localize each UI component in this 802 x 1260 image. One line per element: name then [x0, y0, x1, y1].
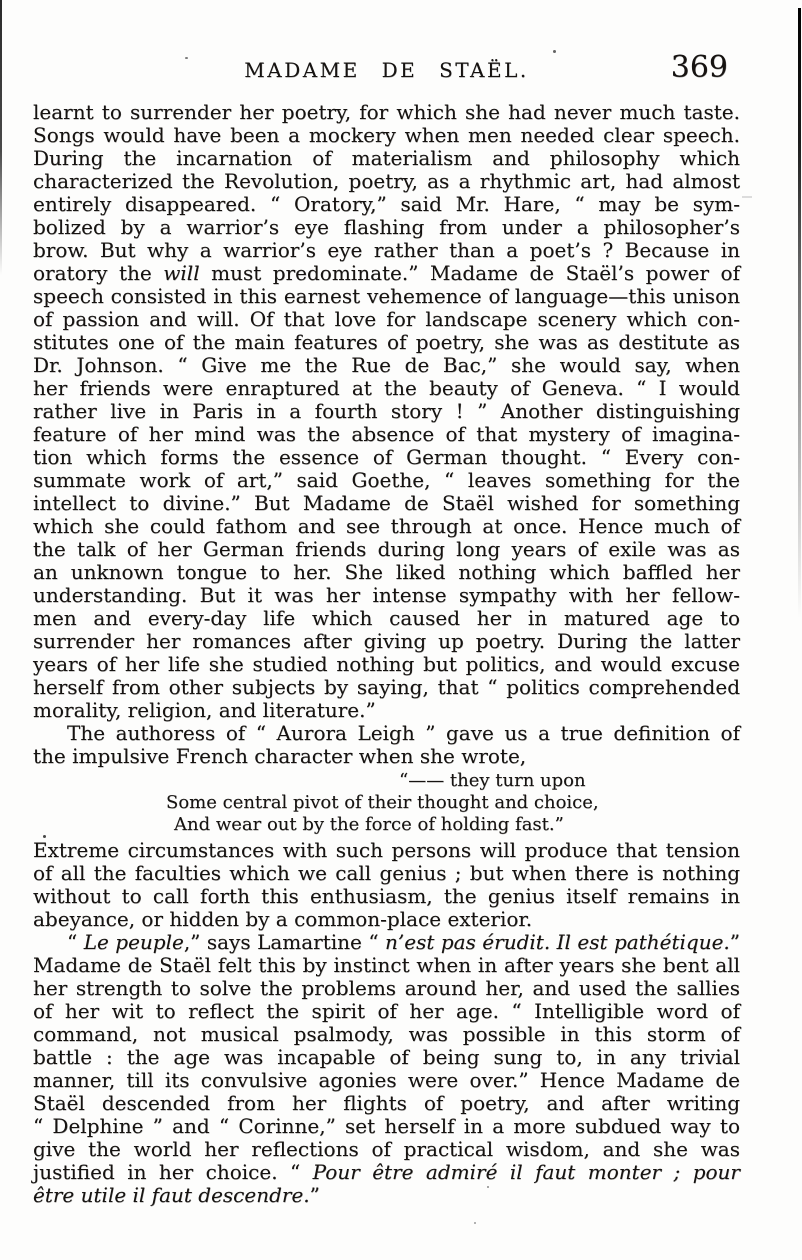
text-line: The authoress of “ Aurora Leigh ” gave u… [33, 722, 740, 745]
page-body: learnt to surrender her poetry, for whic… [33, 101, 740, 1207]
text-line: stitutes one of the main features of poe… [33, 331, 740, 354]
text-line: years of her life she studied nothing bu… [33, 653, 740, 676]
text-line: summate work of art,” said Goethe, “ lea… [33, 469, 740, 492]
text-segment: ” [310, 1183, 320, 1207]
text-line: “ Delphine ” and “ Corinne,” set herself… [33, 1115, 740, 1138]
text-line: manner, till its convulsive agonies were… [33, 1069, 740, 1092]
text-segment: oratory the [33, 261, 163, 285]
text-line: which she could fathom and see through a… [33, 515, 740, 538]
text-line: Songs would have been a mockery when men… [33, 124, 740, 147]
text-line: an unknown tongue to her. She liked noth… [33, 561, 740, 584]
text-line: morality, religion, and literature.” [33, 699, 740, 722]
text-line: être utile il faut descendre.” [33, 1184, 740, 1207]
text-line: surrender her romances after giving up p… [33, 630, 740, 653]
text-line: bolized by a warrior’s eye flashing from… [33, 216, 740, 239]
text-segment: justified in her choice. “ [33, 1160, 313, 1184]
paragraph: “ Le peuple,” says Lamartine “ n’est pas… [33, 931, 740, 1207]
scan-artifact-left-line [0, 0, 2, 275]
text-line: her friends were enraptured at the beaut… [33, 377, 740, 400]
scan-artifact-right-line [798, 8, 801, 618]
text-line: learnt to surrender her poetry, for whic… [33, 101, 740, 124]
text-line: justified in her choice. “ Pour être adm… [33, 1161, 740, 1184]
paragraph: learnt to surrender her poetry, for whic… [33, 101, 740, 722]
text-line: brow. But why a warrior’s eye rather tha… [33, 239, 740, 262]
header-title: MADAME DE STAËL. [33, 50, 740, 82]
italic-text: will [163, 261, 199, 285]
text-line: the impulsive French character when she … [33, 745, 740, 768]
scan-speck [487, 1186, 489, 1188]
italic-text: Le peuple [84, 930, 184, 954]
scan-smudge [742, 196, 752, 198]
text-line: entirely disappeared. “ Oratory,” said M… [33, 193, 740, 216]
text-line: of her wit to reflect the spirit of her … [33, 1000, 740, 1023]
text-line: Madame de Staël felt this by instinct wh… [33, 954, 740, 977]
text-segment: “ [67, 930, 84, 954]
text-line: During the incarnation of materialism an… [33, 147, 740, 170]
text-line: give the world her reflections of practi… [33, 1138, 740, 1161]
text-line: oratory the will must predominate.” Mada… [33, 262, 740, 285]
text-line: understanding. But it was her intense sy… [33, 584, 740, 607]
paragraph: Extreme circumstances with such persons … [33, 839, 740, 931]
italic-text: Pour être admiré il faut monter ; pour [313, 1160, 740, 1184]
text-segment: ,” says Lamartine “ [184, 930, 385, 954]
text-segment: ” [730, 930, 740, 954]
text-line: of passion and will. Of that love for la… [33, 308, 740, 331]
page-number: 369 [671, 50, 728, 85]
scan-speck [553, 50, 556, 53]
text-line: Extreme circumstances with such persons … [33, 839, 740, 862]
book-page: MADAME DE STAËL. 369 learnt to surrender… [0, 0, 802, 1260]
text-line: without to call forth this enthusiasm, t… [33, 885, 740, 908]
scan-speck [43, 835, 46, 838]
text-line: tion which forms the essence of German t… [33, 446, 740, 469]
text-line: Staël descended from her flights of poet… [33, 1092, 740, 1115]
text-line: the talk of her German friends during lo… [33, 538, 740, 561]
verse-block: “—— they turn uponSome central pivot of … [33, 770, 740, 836]
text-line: abeyance, or hidden by a common-place ex… [33, 908, 740, 931]
italic-text: n’est pas érudit. Il est pathétique. [385, 930, 730, 954]
text-line: intellect to divine.” But Madame de Staë… [33, 492, 740, 515]
text-line: her strength to solve the problems aroun… [33, 977, 740, 1000]
scan-speck [474, 1222, 476, 1224]
text-segment: must predominate.” Madame de Staël’s pow… [200, 261, 740, 285]
text-line: characterized the Revolution, poetry, as… [33, 170, 740, 193]
verse-line: “—— they turn upon [399, 770, 740, 792]
text-line: speech consisted in this earnest vehemen… [33, 285, 740, 308]
scan-speck [185, 57, 188, 59]
text-line: command, not musical psalmody, was possi… [33, 1023, 740, 1046]
text-line: battle : the age was incapable of being … [33, 1046, 740, 1069]
text-line: Dr. Johnson. “ Give me the Rue de Bac,” … [33, 354, 740, 377]
italic-text: être utile il faut descendre. [33, 1183, 310, 1207]
text-line: “ Le peuple,” says Lamartine “ n’est pas… [33, 931, 740, 954]
text-line: rather live in Paris in a fourth story !… [33, 400, 740, 423]
text-line: herself from other subjects by saying, t… [33, 676, 740, 699]
verse-line: And wear out by the force of holding fas… [174, 814, 740, 836]
text-line: feature of her mind was the absence of t… [33, 423, 740, 446]
text-line: men and every-day life which caused her … [33, 607, 740, 630]
paragraph: The authoress of “ Aurora Leigh ” gave u… [33, 722, 740, 768]
text-line: of all the faculties which we call geniu… [33, 862, 740, 885]
running-header: MADAME DE STAËL. 369 [33, 50, 740, 92]
verse-line: Some central pivot of their thought and … [166, 792, 740, 814]
